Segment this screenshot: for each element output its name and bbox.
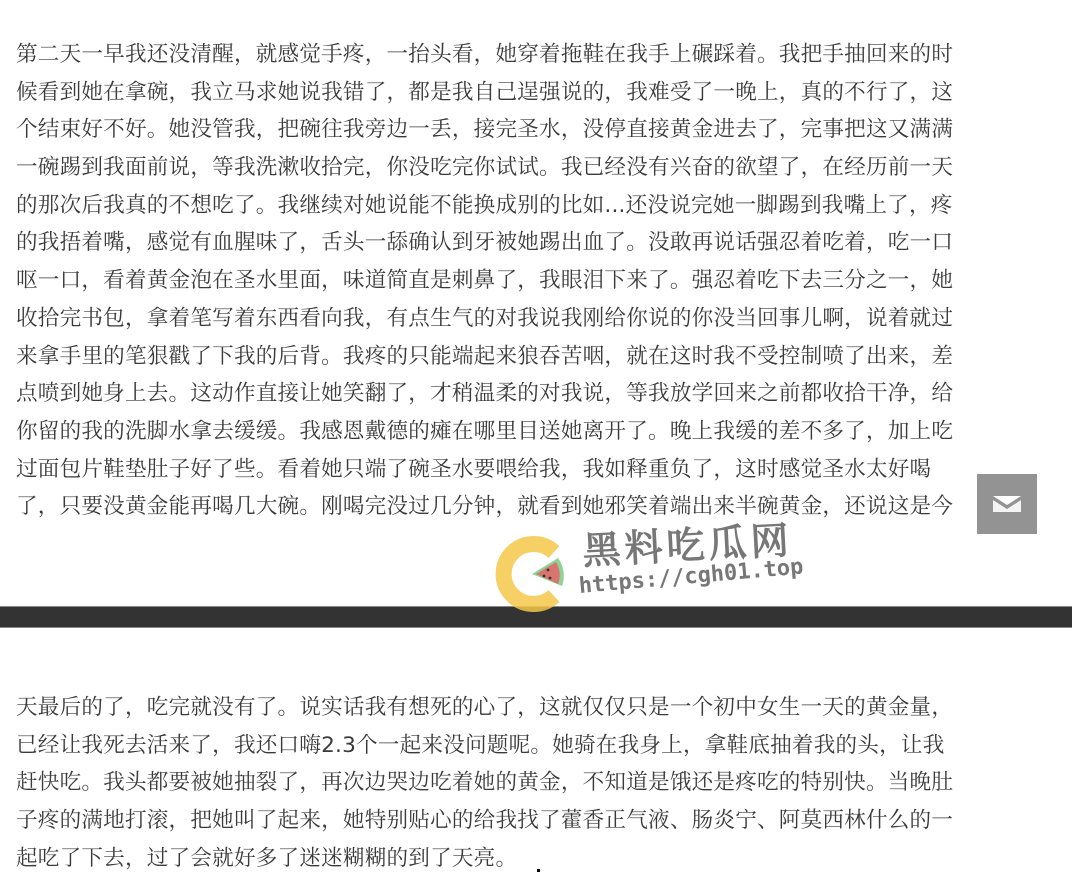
text-line: 你留的我的洗脚水拿去缓缓。我感恩戴德的瘫在哪里目送她离开了。晚上我缓的差不多了，… xyxy=(16,413,1036,451)
envelope-share-icon xyxy=(992,493,1022,515)
text-line: 起吃了下去，过了会就好多了迷迷糊糊的到了天亮。 xyxy=(16,840,1036,877)
text-line: 呕一口，看着黄金泡在圣水里面，味道简直是刺鼻了，我眼泪下来了。强忍着吃下去三分之… xyxy=(16,262,1036,300)
text-line: 个结束好不好。她没管我，把碗往我旁边一丢，接完圣水，没停直接黄金进去了，完事把这… xyxy=(16,111,1036,149)
article-paragraph-bottom: 天最后的了，吃完就没有了。说实话我有想死的心了，这就仅仅只是一个初中女生一天的黄… xyxy=(16,689,1036,877)
watermark: 黑料吃瓜网 https://cgh01.top xyxy=(492,520,832,620)
divider-bar xyxy=(0,606,1072,628)
text-line: 过面包片鞋垫肚子好了些。看着她只端了碗圣水要喂给我，我如释重负了，这时感觉圣水太… xyxy=(16,451,1036,489)
text-line: 赶快吃。我头都要被她抽裂了，再次边哭边吃着她的黄金，不知道是饿还是疼吃的特别快。… xyxy=(16,764,1036,802)
watermark-url: https://cgh01.top xyxy=(578,554,804,599)
text-line: 来拿手里的笔狠戳了下我的后背。我疼的只能端起来狼吞苦咽，就在这时我不受控制喷了出… xyxy=(16,338,1036,376)
text-line: 已经让我死去活来了，我还口嗨2.3个一起来没问题呢。她骑在我身上，拿鞋底抽着我的… xyxy=(16,727,1036,765)
text-line: 一碗踢到我面前说，等我洗漱收拾完，你没吃完你试试。我已经没有兴奋的欲望了，在经历… xyxy=(16,149,1036,187)
article-paragraph-top: 第二天一早我还没清醒，就感觉手疼，一抬头看，她穿着拖鞋在我手上碾踩着。我把手抽回… xyxy=(16,36,1036,526)
text-line: 了，只要没黄金能再喝几大碗。刚喝完没过几分钟，就看到她邪笑着端出来半碗黄金，还说… xyxy=(16,488,1036,526)
cursor-dot xyxy=(537,869,540,872)
text-line: 第二天一早我还没清醒，就感觉手疼，一抬头看，她穿着拖鞋在我手上碾踩着。我把手抽回… xyxy=(16,36,1036,74)
text-line: 收拾完书包，拿着笔写着东西看向我，有点生气的对我说我刚给你说的你没当回事儿啊，说… xyxy=(16,300,1036,338)
text-line: 子疼的满地打滚，把她叫了起来，她特别贴心的给我找了藿香正气液、肠炎宁、阿莫西林什… xyxy=(16,802,1036,840)
text-line: 点喷到她身上去。这动作直接让她笑翻了，才稍温柔的对我说，等我放学回来之前都收拾干… xyxy=(16,375,1036,413)
share-button[interactable] xyxy=(977,474,1037,534)
text-line: 候看到她在拿碗，我立马求她说我错了，都是我自己逞强说的，我难受了一晚上，真的不行… xyxy=(16,74,1036,112)
text-line: 的那次后我真的不想吃了。我继续对她说能不能换成别的比如...还没说完她一脚踢到我… xyxy=(16,187,1036,225)
text-line: 的我捂着嘴，感觉有血腥味了，舌头一舔确认到牙被她踢出血了。没敢再说话强忍着吃着，… xyxy=(16,224,1036,262)
watermelon-c-logo-icon xyxy=(492,534,572,614)
text-line: 天最后的了，吃完就没有了。说实话我有想死的心了，这就仅仅只是一个初中女生一天的黄… xyxy=(16,689,1036,727)
